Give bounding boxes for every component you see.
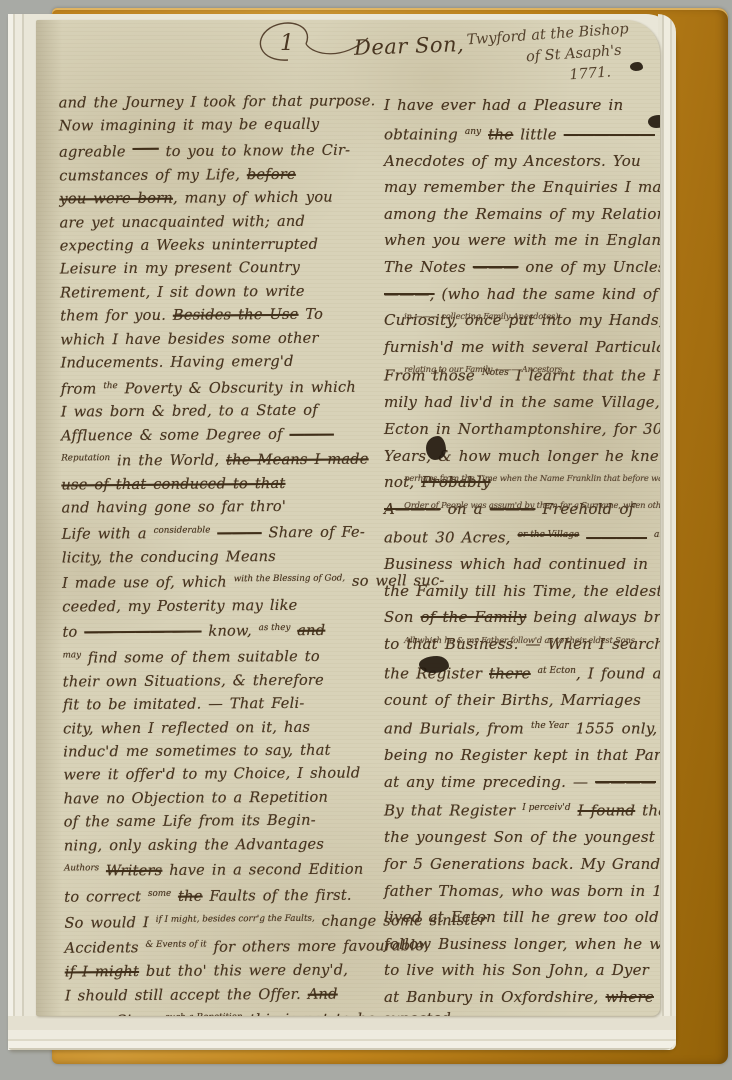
- manuscript-strike: ———: [473, 258, 519, 276]
- manuscript-line: Anecdotes of my Ancestors. You: [384, 148, 660, 175]
- manuscript-line: may remember the Enquiries I made: [384, 174, 660, 201]
- manuscript-text: lived at Ecton till he grew too old to: [384, 908, 660, 926]
- manuscript-text: follow Business longer, when he went: [384, 935, 660, 953]
- ink-blot: [426, 436, 446, 460]
- manuscript-line: to live with his Son John, a Dyer: [384, 957, 660, 984]
- manuscript-strike: this: [249, 1011, 277, 1016]
- manuscript-text: [571, 802, 578, 820]
- manuscript-strike: ———: [289, 425, 334, 442]
- manuscript-text: have no Objection to a Repetition: [64, 789, 329, 808]
- manuscript-line: father Thomas, who was born in 1598,: [384, 878, 660, 905]
- manuscript-ins: such a Repetition: [165, 1012, 243, 1016]
- manuscript-text: ning, only asking the Advantages: [64, 835, 324, 854]
- manuscript-strike: there: [489, 664, 531, 682]
- manuscript-ins: the Year: [531, 721, 569, 731]
- manuscript-text: were it offer'd to my Choice, I should: [63, 765, 360, 784]
- manuscript-text: their own Situations, & therefore: [63, 671, 324, 690]
- manuscript-text: little: [513, 125, 563, 143]
- manuscript-above: perhaps from the Time when the Name Fran…: [404, 465, 660, 492]
- manuscript-line: The Notes ——— one of my Uncles: [384, 254, 660, 281]
- manuscript-strike: before: [247, 165, 296, 182]
- manuscript-text: among the Remains of my Relations: [384, 205, 660, 223]
- manuscript-line: lived at Ecton till he grew too old to: [384, 904, 660, 931]
- annotation-twyford: Twyford at the Bishop of St Asaph's 1771…: [466, 20, 660, 93]
- ink-blot: [419, 656, 449, 673]
- manuscript-text: Son: [384, 608, 421, 626]
- manuscript-above: relating to our Family ——— Ancestors.: [404, 356, 564, 383]
- manuscript-ins: may: [63, 650, 82, 660]
- manuscript-line: with whom my Father serv'd an Apprentice…: [384, 1011, 660, 1016]
- manuscript-strike: and: [297, 622, 325, 639]
- manuscript-text: being always bred: [526, 608, 660, 626]
- salutation: Dear Son,: [354, 32, 465, 60]
- manuscript-text: Retirement, I sit down to write: [60, 283, 305, 302]
- manuscript-text: Since: [109, 1012, 165, 1016]
- manuscript-line: at Banbury in Oxfordshire, where: [384, 984, 660, 1011]
- manuscript-strike: if I might: [65, 963, 139, 981]
- manuscript-strike: you were born: [59, 190, 173, 208]
- manuscript-line: about 30 Acres, or the Village ———— aide…: [384, 522, 660, 551]
- manuscript-text: I have ever had a Pleasure in: [384, 96, 623, 114]
- manuscript-line: obtaining any the little —————— ——: [384, 119, 660, 148]
- manuscript-text: Poverty & Obscurity in which: [118, 378, 356, 397]
- manuscript-ins: aided by: [654, 530, 660, 540]
- manuscript-strike: ———,: [384, 285, 435, 303]
- manuscript-text: fit to be imitated. — That Feli-: [63, 695, 305, 714]
- manuscript-line: Order of People was assum'd by them for …: [384, 496, 660, 523]
- manuscript-text: to live with his Son John, a Dyer: [384, 961, 649, 979]
- manuscript-line: follow Business longer, when he went: [384, 931, 660, 958]
- manuscript-strike: And: [308, 985, 338, 1002]
- manuscript-text: city, when I reflected on it, has: [63, 718, 310, 737]
- manuscript-ins: if I might, besides corr'g the Faults,: [156, 913, 315, 924]
- right-column: I have ever had a Pleasure inobtaining a…: [384, 92, 660, 1016]
- manuscript-ins: some: [148, 889, 171, 899]
- manuscript-text: them for you.: [60, 307, 173, 325]
- manuscript-text: of the same Life from its Begin-: [64, 812, 316, 831]
- manuscript-text: , many of which you: [173, 189, 333, 207]
- manuscript-text: , I found an Ac-: [576, 664, 660, 682]
- manuscript-ins: Authors: [64, 863, 99, 873]
- photo-background: 1 Dear Son, Twyford at the Bishop of St …: [0, 0, 732, 1080]
- manuscript-ins: as they: [259, 623, 291, 633]
- manuscript-above: All which he & my Father follow'd as to …: [404, 627, 635, 654]
- manuscript-text: at any time preceding. —: [384, 773, 595, 791]
- manuscript-text: and the Journey I took for that purpose.: [59, 92, 376, 111]
- manuscript-text: I should still accept the Offer.: [65, 985, 308, 1004]
- manuscript-text: which I have besides some other: [60, 329, 318, 348]
- ink-blot: [648, 115, 660, 128]
- manuscript-text: Share of Fe-: [262, 524, 365, 542]
- manuscript-strike: Besides the Use: [173, 306, 299, 324]
- manuscript-text: to: [62, 624, 84, 641]
- manuscript-line: among the Remains of my Relations: [384, 201, 660, 228]
- page-edges-left: [8, 14, 38, 1050]
- manuscript-text: find some of them suitable to: [81, 648, 320, 667]
- manuscript-strike: Writers: [106, 862, 162, 879]
- manuscript-text: Accidents: [65, 940, 146, 958]
- page-edges-bottom: [8, 1016, 676, 1050]
- manuscript-text: that I was: [635, 802, 660, 820]
- manuscript-strike: —— ——— ——: [84, 623, 201, 641]
- manuscript-text: being no Register kept in that Parish: [384, 746, 660, 764]
- manuscript-text: may remember the Enquiries I made: [384, 178, 660, 196]
- manuscript-text: for 5 Generations back. My Grand-: [384, 855, 660, 873]
- manuscript-ins: considerable: [154, 525, 211, 535]
- manuscript-text: ceeded, my Posterity may like: [62, 597, 297, 616]
- manuscript-page: 1 Dear Son, Twyford at the Bishop of St …: [36, 20, 660, 1016]
- manuscript-text: one of my Uncles: [518, 258, 660, 276]
- manuscript-line: count of their Births, Marriages: [384, 687, 660, 714]
- manuscript-text: cumstances of my Life,: [59, 166, 247, 184]
- page-number-text: 1: [280, 31, 294, 56]
- page-edges-right: [658, 14, 676, 1050]
- manuscript-text: about 30 Acres,: [384, 529, 518, 547]
- manuscript-text: induc'd me sometimes to say, that: [63, 742, 331, 761]
- manuscript-text: Faults of the first.: [203, 887, 352, 905]
- manuscript-ins: the: [103, 381, 117, 391]
- manuscript-line: at any time preceding. — ————: [384, 769, 660, 796]
- manuscript-text: Business which had continued in: [384, 555, 648, 573]
- manuscript-text: to you to know the Cir-: [159, 142, 351, 160]
- manuscript-text: at Banbury in Oxfordshire,: [384, 988, 606, 1006]
- manuscript-text: licity, the conducing Means: [62, 548, 276, 566]
- manuscript-text: By that Register: [384, 802, 522, 820]
- manuscript-text: the youngest Son of the youngest Son: [384, 828, 660, 846]
- manuscript-text: expecting a Weeks uninterrupted: [60, 236, 319, 255]
- manuscript-ins: at Ecton: [538, 666, 576, 676]
- manuscript-line: the Family till his Time, the eldest: [384, 578, 660, 605]
- manuscript-strike: I found: [578, 802, 636, 820]
- manuscript-text: are yet unacquainted with; and: [59, 212, 305, 231]
- manuscript-text: So would I: [64, 914, 155, 932]
- ink-blot: [630, 62, 643, 71]
- manuscript-text: The Notes: [384, 258, 473, 276]
- manuscript-text: Now imagining it may be equally: [59, 116, 320, 135]
- manuscript-text: I made use of, which: [62, 574, 234, 592]
- manuscript-ins: & Events of it: [146, 940, 207, 950]
- manuscript-strike: the: [178, 888, 203, 905]
- manuscript-text: and having gone so far thro': [61, 498, 286, 517]
- manuscript-ins: any: [465, 127, 481, 137]
- manuscript-text: [647, 529, 654, 547]
- manuscript-text: the Family till his Time, the eldest: [384, 582, 660, 600]
- manuscript-line: for 5 Generations back. My Grand-: [384, 851, 660, 878]
- manuscript-text: and Burials, from: [384, 720, 531, 738]
- manuscript-text: mily had liv'd in the same Village,: [384, 393, 660, 411]
- manuscript-text: Ecton in Northamptonshire, for 300: [384, 420, 660, 438]
- manuscript-text: when you were with me in England;: [384, 231, 660, 249]
- manuscript-text: but tho' this were deny'd,: [139, 962, 348, 980]
- manuscript-text: have in a second Edition: [162, 861, 363, 879]
- manuscript-text: from: [61, 380, 104, 397]
- manuscript-line: mily had liv'd in the same Village,: [384, 389, 660, 416]
- manuscript-text: obtaining: [384, 125, 465, 143]
- manuscript-text: I was born & bred, to a State of: [61, 402, 318, 421]
- manuscript-strike: the Means I made: [226, 451, 369, 469]
- manuscript-text: father Thomas, who was born in 1598,: [384, 882, 660, 900]
- manuscript-line: All which he & my Father follow'd as to …: [384, 631, 660, 658]
- manuscript-text: To: [298, 306, 323, 323]
- manuscript-line: being no Register kept in that Parish: [384, 742, 660, 769]
- manuscript-above: Order of People was assum'd by them for …: [404, 492, 660, 519]
- manuscript-line: Ecton in Northamptonshire, for 300: [384, 416, 660, 443]
- manuscript-strike: ————: [586, 529, 647, 547]
- manuscript-text: Affluence & some Degree of: [61, 426, 290, 445]
- manuscript-text: (who had the same kind of: [435, 285, 658, 303]
- manuscript-text: in the World,: [110, 452, 226, 470]
- manuscript-text: Leisure in my present Country: [60, 259, 300, 278]
- manuscript-line: and Burials, from the Year 1555 only, th…: [384, 713, 660, 742]
- manuscript-line: the youngest Son of the youngest Son: [384, 824, 660, 851]
- manuscript-text: 1555 only, there: [569, 720, 660, 738]
- manuscript-strike: ———: [217, 524, 262, 541]
- manuscript-strike: where: [606, 988, 654, 1006]
- manuscript-strike: ——————: [564, 125, 655, 143]
- manuscript-strike: use of that conduced to that: [61, 475, 285, 494]
- manuscript-line: By that Register I perceiv'd I found tha…: [384, 795, 660, 824]
- manuscript-line: relating to our Family ——— Ancestors. Fr…: [384, 360, 660, 389]
- manuscript-text: to correct: [64, 888, 148, 906]
- manuscript-line: I have ever had a Pleasure in: [384, 92, 660, 119]
- manuscript-ins: with the Blessing of God,: [234, 574, 346, 585]
- manuscript-text: count of their Births, Marriages: [384, 691, 641, 709]
- manuscript-line: in ——— collecting Family Anecdotes) Curi…: [384, 307, 660, 334]
- manuscript-text: Life with a: [62, 525, 154, 543]
- manuscript-above: in ——— collecting Family Anecdotes): [404, 303, 558, 330]
- manuscript-text: with whom my Father serv'd an Apprentice…: [384, 1015, 660, 1016]
- manuscript-ins: I perceiv'd: [522, 803, 570, 813]
- manuscript-ins: Reputation: [61, 453, 110, 463]
- manuscript-ins: ———: [132, 144, 158, 154]
- manuscript-text: [531, 664, 538, 682]
- manuscript-strike: of the Family: [421, 608, 527, 626]
- manuscript-text: Anecdotes of my Ancestors. You: [384, 152, 641, 170]
- manuscript-strike: ————: [595, 773, 656, 791]
- manuscript-text: Inducements. Having emerg'd: [60, 353, 293, 372]
- manuscript-text: know,: [201, 623, 258, 640]
- manuscript-text: agreable: [59, 143, 133, 161]
- manuscript-strike: ———: [65, 1012, 110, 1016]
- manuscript-ins: or the Village: [518, 530, 580, 540]
- manuscript-text: furnish'd me with several Particulars: [384, 338, 660, 356]
- manuscript-line: when you were with me in England;: [384, 227, 660, 254]
- manuscript-strike: the: [488, 125, 513, 143]
- manuscript-line: Business which had continued in: [384, 551, 660, 578]
